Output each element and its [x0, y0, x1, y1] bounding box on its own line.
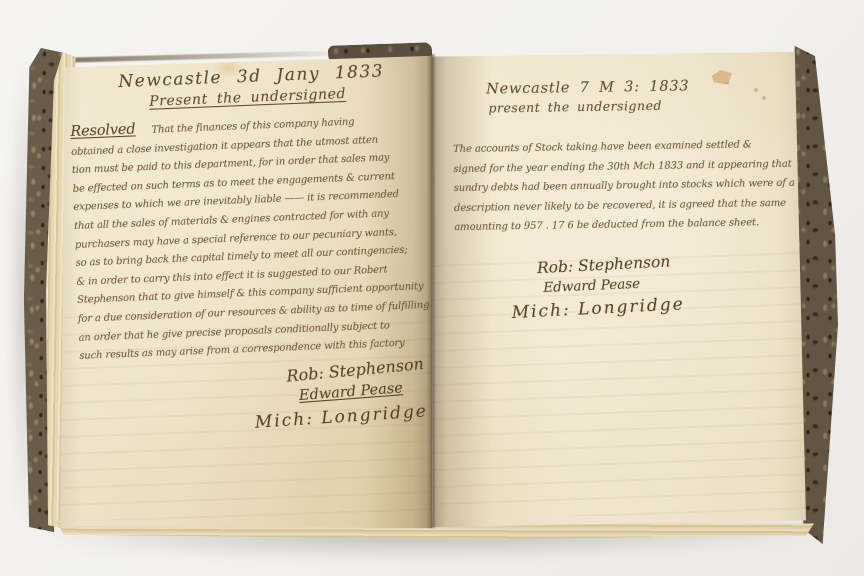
- right-page-present-line: present the undersigned: [488, 96, 790, 116]
- right-page-dateline: Newcastle 7 M 3: 1833: [486, 77, 790, 98]
- book-gutter: [427, 54, 436, 528]
- photo-background: Newcastle 3d Jany 1833 Present the under…: [0, 0, 864, 576]
- right-page-signatures: Rob: Stephenson Edward Pease Mich: Longr…: [455, 250, 794, 318]
- manuscript-line: amounting to 957 . 17 6 be deducted from…: [454, 213, 792, 238]
- left-page-body: ResolvedThat the finances of this compan…: [70, 109, 432, 367]
- right-page-manuscript: Newcastle 7 M 3: 1833 present the unders…: [452, 77, 794, 319]
- right-page: Newcastle 7 M 3: 1833 present the unders…: [432, 48, 806, 530]
- left-page-manuscript: Newcastle 3d Jany 1833 Present the under…: [68, 60, 432, 440]
- left-page: Newcastle 3d Jany 1833 Present the under…: [58, 54, 432, 530]
- resolved-word: Resolved: [70, 121, 136, 140]
- right-page-body: The accounts of Stock taking have been e…: [453, 135, 792, 238]
